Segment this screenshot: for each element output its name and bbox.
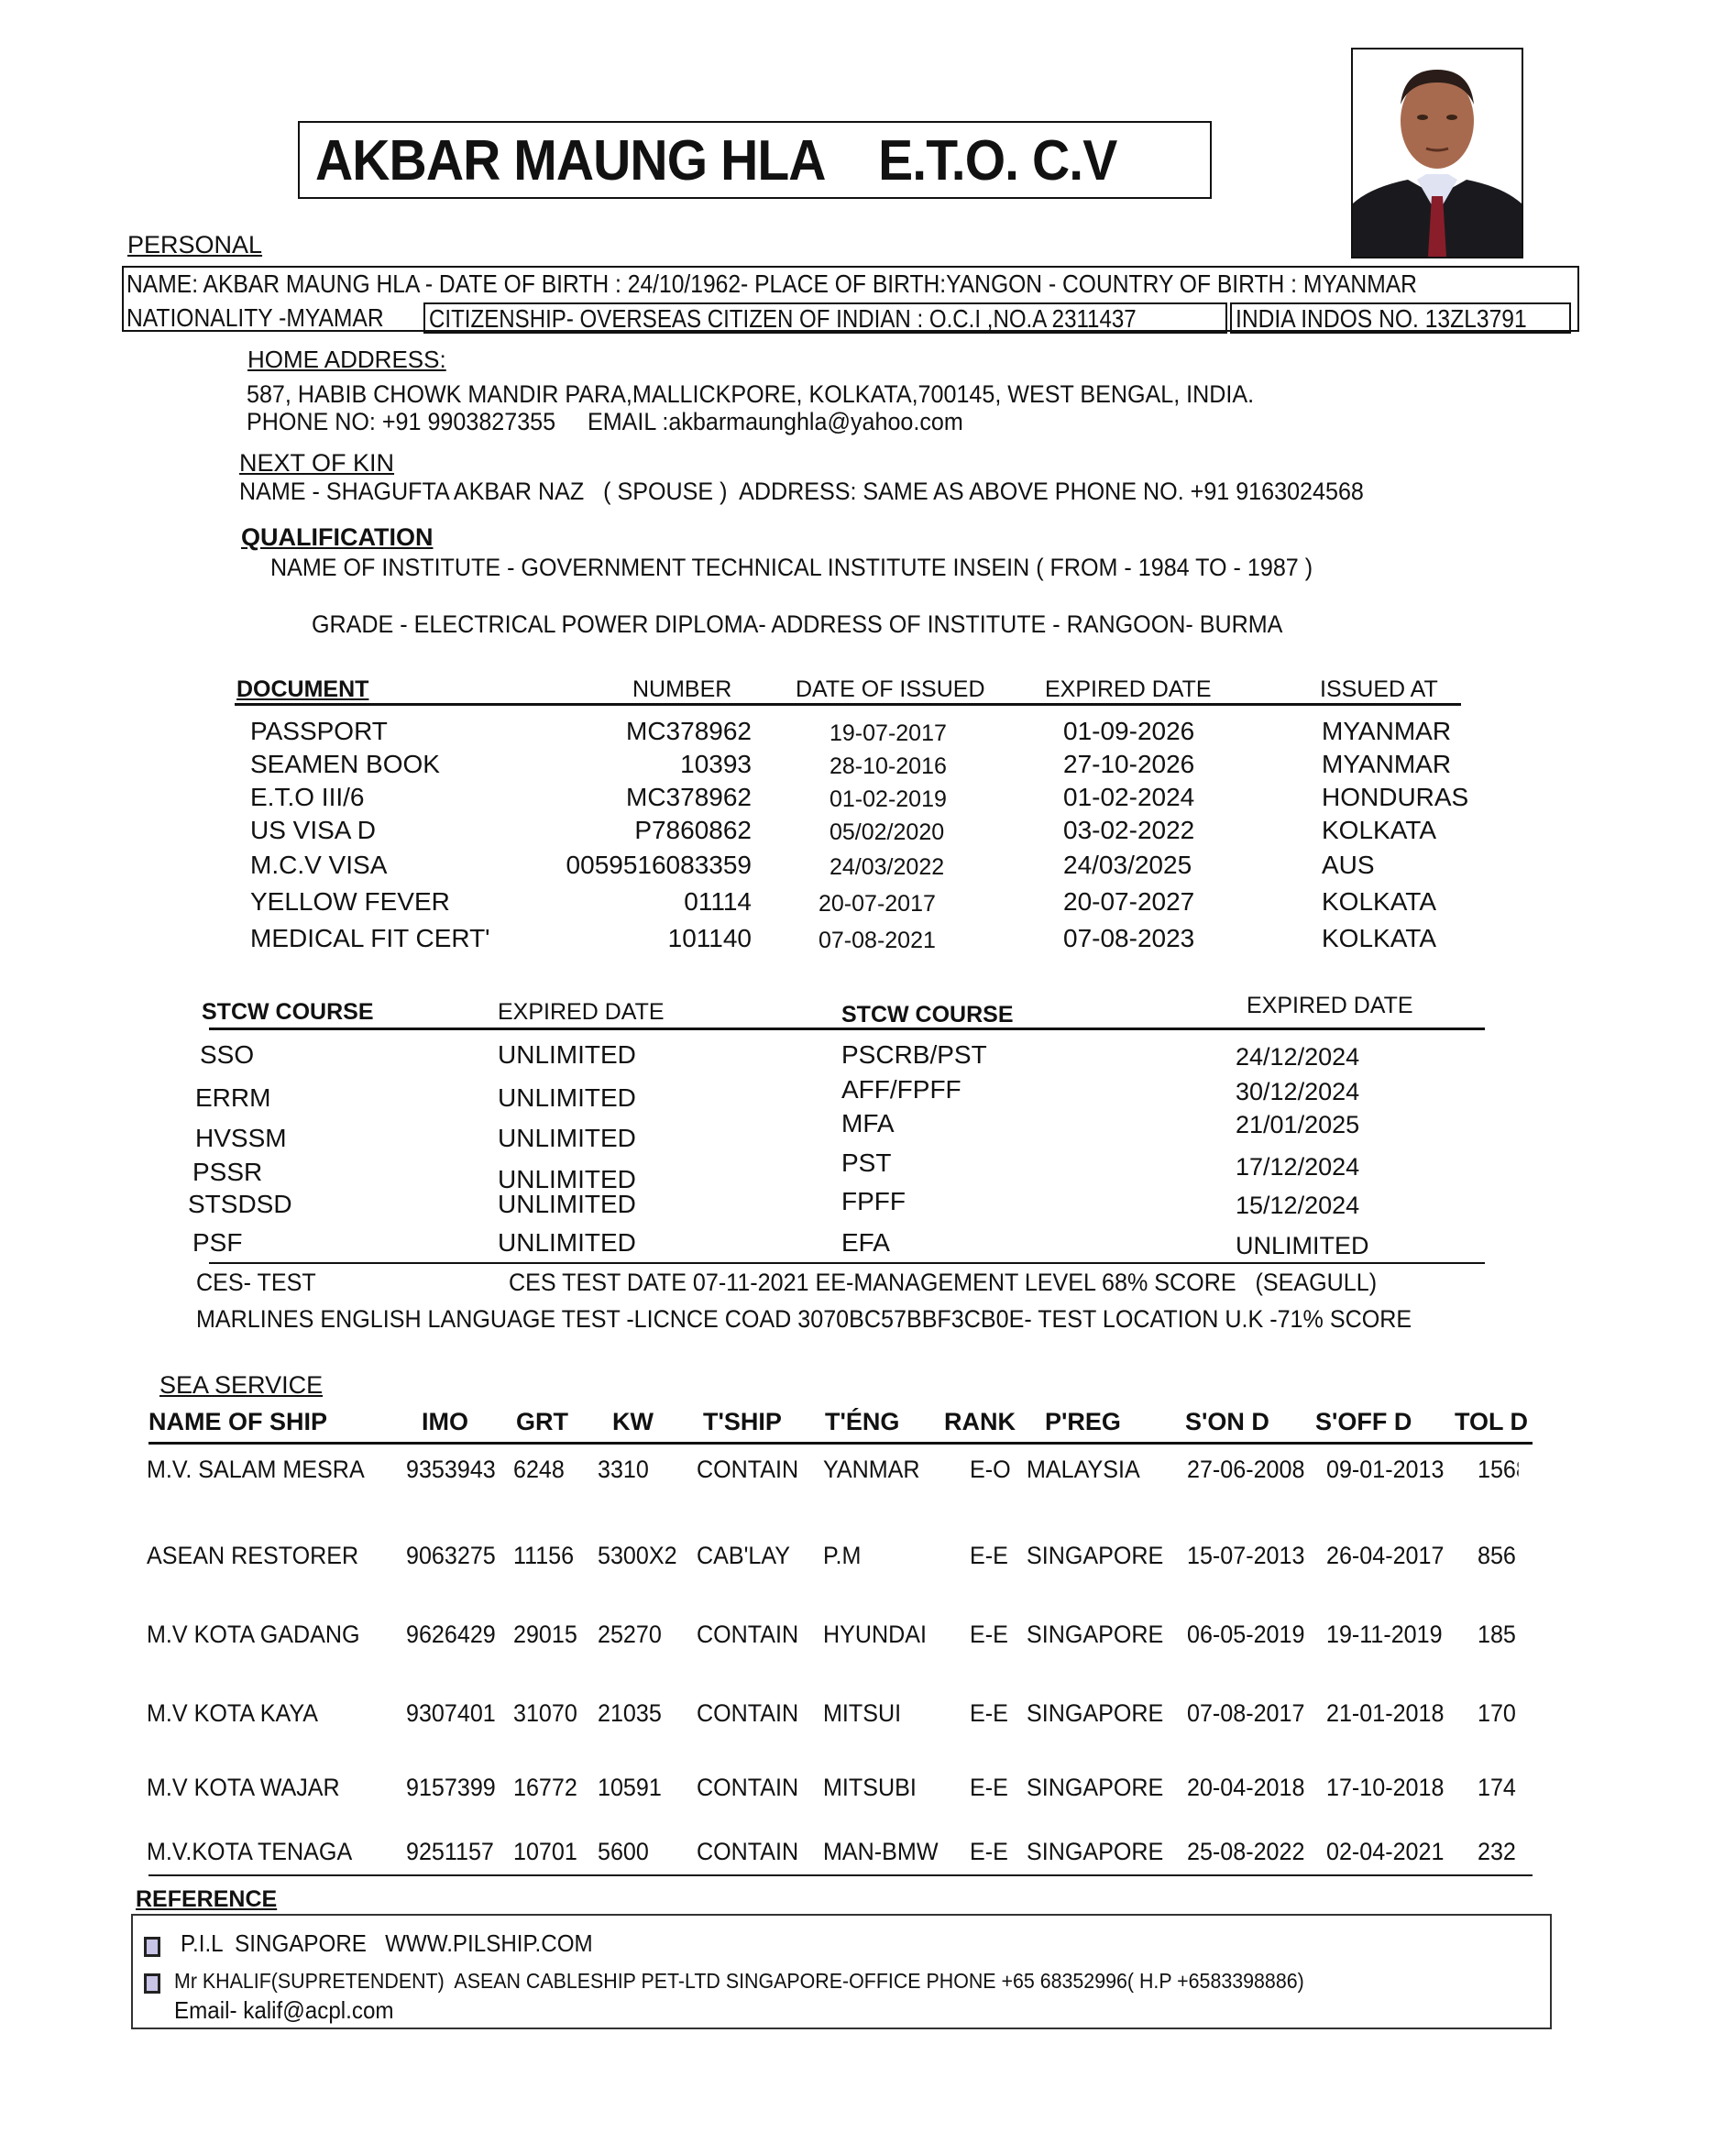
sea-service-cell: 174	[1478, 1774, 1519, 1802]
documents-divider	[235, 703, 1461, 706]
stcw-course-right: EFA	[841, 1228, 890, 1258]
sea-service-cell: SINGAPORE	[1027, 1838, 1163, 1866]
sea-service-cell: 9157399	[406, 1774, 496, 1802]
stcw-course-right: AFF/FPFF	[841, 1075, 961, 1104]
sea-service-cell: MALAYSIA	[1027, 1456, 1140, 1484]
documents-row-issued-at: HONDURAS	[1322, 783, 1468, 812]
sea-service-header-cell: T'SHIP	[703, 1408, 782, 1436]
sea-service-cell: MAN-BMW	[823, 1838, 939, 1866]
next-of-kin-line: NAME - SHAGUFTA AKBAR NAZ ( SPOUSE ) ADD…	[239, 478, 1364, 506]
documents-header-cell: EXPIRED DATE	[1045, 676, 1212, 703]
portrait-photo	[1351, 48, 1523, 258]
sea-service-cell: SINGAPORE	[1027, 1774, 1163, 1802]
documents-row-issued-at: KOLKATA	[1322, 887, 1436, 917]
stcw-expiry-right: 30/12/2024	[1236, 1078, 1359, 1106]
sea-service-cell: 29015	[513, 1621, 577, 1649]
sea-service-cell: 09-01-2013	[1326, 1456, 1444, 1484]
sea-service-cell: SINGAPORE	[1027, 1621, 1163, 1649]
sea-service-header-cell: RANK	[944, 1408, 1016, 1436]
documents-row-issued-at: MYANMAR	[1322, 750, 1451, 779]
sea-service-cell: 26-04-2017	[1326, 1542, 1444, 1570]
documents-row-issued: 01-02-2019	[830, 786, 947, 813]
marlines-test: MARLINES ENGLISH LANGUAGE TEST -LICNCE C…	[196, 1305, 1412, 1334]
sea-service-cell: 19-11-2019	[1326, 1621, 1443, 1649]
documents-row-name: SEAMEN BOOK	[250, 750, 440, 779]
stcw-course-left: HVSSM	[195, 1124, 287, 1153]
documents-row-issued: 24/03/2022	[830, 854, 944, 881]
sea-service-cell: 06-05-2019	[1187, 1621, 1304, 1649]
sea-service-cell: 170	[1478, 1699, 1519, 1728]
documents-row-name: YELLOW FEVER	[250, 887, 450, 917]
documents-row-expired: 20-07-2027	[1063, 887, 1194, 917]
sea-service-heading: SEA SERVICE	[159, 1371, 323, 1400]
sea-service-cell: CONTAIN	[697, 1838, 798, 1866]
sea-service-cell: 27-06-2008	[1187, 1456, 1304, 1484]
home-address: 587, HABIB CHOWK MANDIR PARA,MALLICKPORE…	[247, 380, 1254, 409]
sea-service-cell: 17-10-2018	[1326, 1774, 1444, 1802]
documents-row-number: 0059516083359	[513, 851, 752, 880]
documents-row-expired: 03-02-2022	[1063, 816, 1194, 845]
documents-row-number: 01114	[513, 887, 752, 917]
documents-row-name: E.T.O III/6	[250, 783, 364, 812]
stcw-header-cell: STCW COURSE	[841, 1002, 1014, 1028]
stcw-expiry-right: 17/12/2024	[1236, 1153, 1359, 1181]
sea-service-header-cell: S'ON D	[1185, 1408, 1269, 1436]
stcw-expiry-left: UNLIMITED	[498, 1124, 636, 1153]
sea-service-header-cell: GRT	[516, 1408, 568, 1436]
sea-divider-bottom	[148, 1874, 1533, 1876]
reference-item-1: P.I.L SINGAPORE WWW.PILSHIP.COM	[181, 1929, 593, 1958]
stcw-header-cell: EXPIRED DATE	[1247, 993, 1413, 1019]
sea-service-cell: 856	[1478, 1542, 1519, 1570]
sea-service-cell: 9353943	[406, 1456, 496, 1484]
sea-service-cell: M.V KOTA WAJAR	[147, 1774, 340, 1802]
sea-service-cell: P.M	[823, 1542, 861, 1570]
documents-row-expired: 01-09-2026	[1063, 717, 1194, 746]
sea-service-cell: 21035	[598, 1699, 662, 1728]
stcw-course-left: SSO	[200, 1040, 254, 1070]
stcw-course-right: PSCRB/PST	[841, 1040, 987, 1070]
sea-service-cell: M.V KOTA KAYA	[147, 1699, 318, 1728]
checkbox-icon[interactable]	[144, 1973, 160, 1994]
ces-label: CES- TEST	[196, 1269, 316, 1297]
documents-row-issued-at: KOLKATA	[1322, 816, 1436, 845]
documents-row-number: 101140	[513, 924, 752, 953]
documents-row-issued-at: KOLKATA	[1322, 924, 1436, 953]
documents-row-expired: 24/03/2025	[1063, 851, 1192, 880]
sea-service-cell: E-E	[970, 1621, 1008, 1649]
documents-row-issued: 05/02/2020	[830, 819, 944, 846]
sea-service-cell: 02-04-2021	[1326, 1838, 1444, 1866]
stcw-header-cell: STCW COURSE	[202, 999, 374, 1026]
documents-row-name: US VISA D	[250, 816, 376, 845]
sea-service-cell: 07-08-2017	[1187, 1699, 1304, 1728]
sea-service-header-cell: TOL D	[1455, 1408, 1528, 1436]
sea-service-cell: 3310	[598, 1456, 649, 1484]
sea-service-cell: 31070	[513, 1699, 577, 1728]
institute-line: NAME OF INSTITUTE - GOVERNMENT TECHNICAL…	[270, 554, 1313, 582]
documents-row-name: MEDICAL FIT CERT'	[250, 924, 490, 953]
sea-service-cell: E-O	[970, 1456, 1011, 1484]
next-of-kin-heading: NEXT OF KIN	[239, 449, 394, 478]
stcw-expiry-left: UNLIMITED	[498, 1228, 636, 1258]
sea-service-cell: MITSUBI	[823, 1774, 917, 1802]
citizenship: CITIZENSHIP- OVERSEAS CITIZEN OF INDIAN …	[429, 304, 1137, 334]
documents-header-cell: DATE OF ISSUED	[796, 676, 985, 703]
sea-service-cell: E-E	[970, 1774, 1008, 1802]
sea-service-cell: 185	[1478, 1621, 1519, 1649]
nationality: NATIONALITY -MYAMAR	[126, 303, 384, 333]
sea-service-cell: M.V.KOTA TENAGA	[147, 1838, 352, 1866]
grade-line: GRADE - ELECTRICAL POWER DIPLOMA- ADDRES…	[312, 610, 1282, 639]
contact-line: PHONE NO: +91 9903827355 EMAIL :akbarmau…	[247, 408, 963, 436]
stcw-expiry-left: UNLIMITED	[498, 1190, 636, 1219]
stcw-course-right: MFA	[841, 1109, 895, 1138]
stcw-course-right: PST	[841, 1148, 891, 1178]
documents-header-cell: ISSUED AT	[1320, 676, 1438, 703]
sea-service-cell: E-E	[970, 1542, 1008, 1570]
sea-service-header-cell: S'OFF D	[1315, 1408, 1412, 1436]
documents-row-expired: 01-02-2024	[1063, 783, 1194, 812]
sea-service-cell: 9307401	[406, 1699, 496, 1728]
person-photo-icon	[1353, 49, 1522, 257]
sea-service-cell: SINGAPORE	[1027, 1699, 1163, 1728]
sea-service-cell: 20-04-2018	[1187, 1774, 1304, 1802]
stcw-course-left: ERRM	[195, 1083, 270, 1113]
sea-service-cell: CAB'LAY	[697, 1542, 790, 1570]
documents-row-issued: 19-07-2017	[830, 720, 947, 747]
home-address-heading: HOME ADDRESS:	[247, 346, 446, 374]
stcw-header-cell: EXPIRED DATE	[498, 999, 665, 1026]
indos-number: INDIA INDOS NO. 13ZL3791	[1236, 304, 1527, 334]
sea-service-cell: E-E	[970, 1838, 1008, 1866]
documents-row-issued-at: AUS	[1322, 851, 1375, 880]
sea-service-cell: CONTAIN	[697, 1456, 798, 1484]
sea-service-cell: YANMAR	[823, 1456, 920, 1484]
sea-service-cell: 9251157	[406, 1838, 494, 1866]
stcw-course-left: PSSR	[192, 1158, 262, 1187]
documents-row-issued: 07-08-2021	[819, 928, 936, 954]
sea-service-cell: 25-08-2022	[1187, 1838, 1304, 1866]
sea-service-cell: 1568	[1478, 1456, 1519, 1484]
documents-row-number: MC378962	[513, 783, 752, 812]
documents-header-cell: NUMBER	[632, 676, 731, 703]
stcw-expiry-right: UNLIMITED	[1236, 1232, 1369, 1260]
stcw-course-right: FPFF	[841, 1187, 906, 1216]
documents-row-name: PASSPORT	[250, 717, 388, 746]
ces-text: CES TEST DATE 07-11-2021 EE-MANAGEMENT L…	[509, 1269, 1377, 1297]
stcw-expiry-right: 21/01/2025	[1236, 1111, 1359, 1139]
checkbox-icon[interactable]	[144, 1937, 160, 1957]
sea-service-cell: 6248	[513, 1456, 565, 1484]
documents-row-expired: 07-08-2023	[1063, 924, 1194, 953]
sea-divider-top	[148, 1442, 1533, 1445]
reference-item-2: Mr KHALIF(SUPRETENDENT) ASEAN CABLESHIP …	[174, 1969, 1304, 1994]
reference-item-2-email: Email- kalif@acpl.com	[174, 1996, 394, 2025]
reference-heading: REFERENCE	[136, 1886, 277, 1913]
documents-row-number: 10393	[513, 750, 752, 779]
stcw-expiry-left: UNLIMITED	[498, 1040, 636, 1070]
sea-service-header-cell: IMO	[422, 1408, 468, 1436]
sea-service-cell: 25270	[598, 1621, 662, 1649]
documents-row-name: M.C.V VISA	[250, 851, 387, 880]
sea-service-cell: HYUNDAI	[823, 1621, 927, 1649]
sea-service-cell: CONTAIN	[697, 1774, 798, 1802]
sea-service-cell: 5600	[598, 1838, 649, 1866]
sea-service-cell: 15-07-2013	[1187, 1542, 1304, 1570]
stcw-divider-bottom	[209, 1262, 1485, 1264]
documents-row-issued: 20-07-2017	[819, 891, 936, 918]
documents-header-cell: DOCUMENT	[236, 676, 368, 703]
stcw-expiry-right: 24/12/2024	[1236, 1043, 1359, 1071]
documents-row-number: P7860862	[513, 816, 752, 845]
sea-service-header-cell: T'ÉNG	[825, 1408, 899, 1436]
stcw-expiry-left: UNLIMITED	[498, 1083, 636, 1113]
sea-service-cell: CONTAIN	[697, 1621, 798, 1649]
documents-row-expired: 27-10-2026	[1063, 750, 1194, 779]
sea-service-cell: 5300X2	[598, 1542, 677, 1570]
sea-service-cell: 9626429	[406, 1621, 496, 1649]
sea-service-cell: 21-01-2018	[1326, 1699, 1444, 1728]
sea-service-cell: M.V. SALAM MESRA	[147, 1456, 365, 1484]
sea-service-cell: MITSUI	[823, 1699, 901, 1728]
sea-service-cell: 10701	[513, 1838, 577, 1866]
sea-service-cell: 10591	[598, 1774, 662, 1802]
sea-service-cell: ASEAN RESTORER	[147, 1542, 358, 1570]
qualification-heading: QUALIFICATION	[241, 523, 433, 552]
page-title: AKBAR MAUNG HLA E.T.O. C.V	[315, 128, 1116, 193]
sea-service-header-cell: P'REG	[1045, 1408, 1121, 1436]
sea-service-header-cell: NAME OF SHIP	[148, 1408, 327, 1436]
stcw-course-left: PSF	[192, 1228, 242, 1258]
sea-service-header-cell: KW	[612, 1408, 654, 1436]
personal-heading: PERSONAL	[127, 231, 262, 259]
stcw-expiry-right: 15/12/2024	[1236, 1192, 1359, 1220]
documents-row-issued-at: MYANMAR	[1322, 717, 1451, 746]
sea-service-cell: 16772	[513, 1774, 577, 1802]
sea-service-cell: 232	[1478, 1838, 1519, 1866]
sea-service-cell: 11156	[513, 1542, 574, 1570]
sea-service-cell: E-E	[970, 1699, 1008, 1728]
stcw-course-left: STSDSD	[188, 1190, 292, 1219]
sea-service-cell: M.V KOTA GADANG	[147, 1621, 360, 1649]
documents-row-issued: 28-10-2016	[830, 753, 947, 780]
sea-service-cell: SINGAPORE	[1027, 1542, 1163, 1570]
sea-service-cell: 9063275	[406, 1542, 496, 1570]
documents-row-number: MC378962	[513, 717, 752, 746]
stcw-divider-top	[209, 1028, 1485, 1030]
sea-service-cell: CONTAIN	[697, 1699, 798, 1728]
personal-line-1: NAME: AKBAR MAUNG HLA - DATE OF BIRTH : …	[126, 269, 1417, 299]
